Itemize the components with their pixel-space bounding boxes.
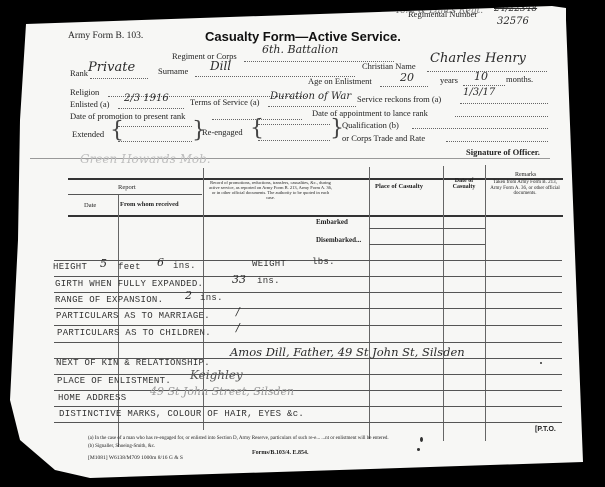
service-reckons-label: Service reckons from (a) <box>357 94 441 104</box>
embarked-label: Embarked <box>316 218 348 226</box>
years-label: years <box>440 75 458 85</box>
col-line-datecas <box>485 165 486 441</box>
regimental-number-crossed: 24/22348 <box>494 4 537 14</box>
service-reckons-line <box>460 103 548 104</box>
enlistment-place-value: Keighley <box>190 368 243 382</box>
surname-label: Surname <box>158 66 188 76</box>
enlisted-line <box>118 108 184 109</box>
embarked-line <box>369 228 485 229</box>
terms-value: Duration of War <box>270 91 351 102</box>
ink-speck <box>540 362 542 364</box>
remarks-subheader: Taken from Army Form B. 213, Army Form A… <box>490 180 560 197</box>
surname-value: Dill <box>210 59 231 73</box>
feet-label: feet <box>118 262 141 272</box>
date-casualty-header: Date of Casualty <box>446 178 482 190</box>
table-header-rule <box>68 215 563 217</box>
place-header: Place of Casualty <box>375 183 423 190</box>
form-reference: Forms/B.103/4. E.854. <box>252 451 309 457</box>
kin-label: NEXT OF KIN & RELATIONSHIP. <box>56 358 210 368</box>
row-line-11 <box>54 422 562 423</box>
children-label: PARTICULARS AS TO CHILDREN. <box>57 328 211 338</box>
report-subrule <box>68 194 202 195</box>
home-address-label: HOME ADDRESS <box>58 393 126 403</box>
height-label: HEIGHT <box>53 262 87 272</box>
date-header: Date <box>84 202 96 209</box>
row-line-5 <box>54 325 562 326</box>
regimental-number-label: Regimental Number <box>408 9 477 19</box>
row-line-4 <box>54 308 562 309</box>
row-line-3 <box>54 292 562 293</box>
range-value: 2 <box>185 289 192 302</box>
kin-value: Amos Dill, Father, 49 St John St, Silsde… <box>230 345 465 359</box>
ink-speck <box>417 448 420 451</box>
extended-label: Extended <box>72 129 104 139</box>
disembarked-line <box>369 244 485 245</box>
enlisted-value: 2/3 1916 <box>124 93 169 104</box>
trade-line <box>446 141 548 142</box>
terms-line <box>268 106 356 107</box>
weight-unit: lbs. <box>312 257 335 267</box>
service-reckons-value: 1/3/17 <box>463 87 495 98</box>
girth-value: 33 <box>232 273 246 286</box>
lance-rank-line <box>455 116 548 117</box>
form-title: Casualty Form—Active Service. <box>205 29 401 44</box>
row-line-2 <box>54 276 562 277</box>
footnote-b: (b) Signaller, Shoeing-Smith, &c. <box>88 444 155 450</box>
casualty-form-document: Army Form B. 103. York & Lancs Regt. Reg… <box>0 0 605 487</box>
from-whom-header: From whom received <box>120 201 179 208</box>
terms-label: Terms of Service (a) <box>190 97 260 107</box>
girth-unit: ins. <box>257 276 280 286</box>
regimental-number: 32576 <box>497 16 529 27</box>
qualification-label: Qualification (b) <box>342 120 399 130</box>
row-line-8 <box>54 374 562 375</box>
printer-line: [M1081] W6138/M709 1000m 8/16 G & S <box>88 456 183 462</box>
christian-name-label: Christian Name <box>362 61 416 71</box>
reengaged-label: Re-engaged <box>202 127 243 137</box>
pto-label: [P.T.O. <box>535 426 556 433</box>
form-number: Army Form B. 103. <box>68 31 143 41</box>
rank-line <box>90 78 148 79</box>
reengaged-brace: { <box>250 116 264 141</box>
ink-speck <box>420 437 423 442</box>
signature-label: Signature of Officer. <box>466 147 540 157</box>
marriage-value: / <box>236 305 240 318</box>
row-line-10 <box>54 406 562 407</box>
remarks-header: Remarks <box>515 172 536 178</box>
extended-line-1 <box>118 126 192 127</box>
range-unit: ins. <box>200 293 223 303</box>
age-years-line <box>380 86 428 87</box>
children-value: / <box>236 321 240 334</box>
extended-line-2 <box>118 141 192 142</box>
promotion-label: Date of promotion to present rank <box>70 111 185 121</box>
age-label: Age on Enlistment <box>308 76 372 86</box>
disembarked-label: Disembarked... <box>316 236 361 244</box>
qualification-line <box>412 128 548 129</box>
col-line-record <box>369 167 370 439</box>
footnote-a: (a) In the case of a man who has re-enga… <box>88 436 389 442</box>
row-line-9 <box>54 390 562 391</box>
height-ins-label: ins. <box>173 261 196 271</box>
row-line-1 <box>54 260 562 261</box>
age-months-line <box>463 85 505 86</box>
rank-label: Rank <box>70 68 88 78</box>
age-years: 20 <box>400 71 414 84</box>
rank-value: Private <box>88 60 135 75</box>
enlisted-label: Enlisted (a) <box>70 99 109 109</box>
weight-label: WEIGHT <box>252 259 286 269</box>
row-line-6 <box>54 342 562 343</box>
faint-handwriting: Green Howards Mob. <box>80 152 211 166</box>
marks-label: DISTINCTIVE MARKS, COLOUR OF HAIR, EYES … <box>59 409 304 419</box>
marriage-label: PARTICULARS AS TO MARRIAGE. <box>56 311 210 321</box>
height-feet: 5 <box>100 257 107 270</box>
col-line-place <box>443 166 444 441</box>
reengaged-line-1 <box>258 124 330 125</box>
reengaged-line-2 <box>258 140 330 141</box>
record-header: Record of promotions, reductions, transf… <box>208 180 333 200</box>
months-label: months. <box>506 74 533 84</box>
height-ins: 6 <box>157 256 164 269</box>
religion-label: Religion <box>70 87 99 97</box>
home-address-value: 49 St John Street, Silsden <box>150 385 294 398</box>
trade-label: or Corps Trade and Rate <box>342 133 425 143</box>
girth-label: GIRTH WHEN FULLY EXPANDED. <box>55 279 203 289</box>
range-label: RANGE OF EXPANSION. <box>55 295 163 305</box>
regiment-value: 6th. Battalion <box>262 43 338 56</box>
extended-brace: { <box>110 118 124 143</box>
age-months: 10 <box>474 70 488 83</box>
report-header: Report <box>118 184 136 191</box>
christian-name-value: Charles Henry <box>430 51 526 66</box>
